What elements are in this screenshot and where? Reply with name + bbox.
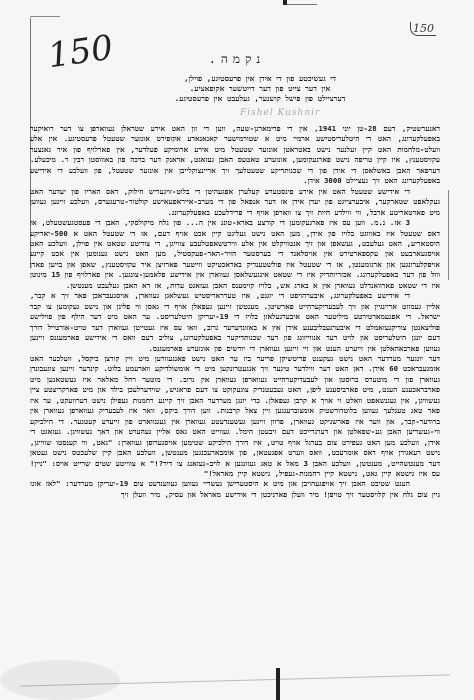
faded-signature: Fishel Kushnir — [240, 108, 320, 118]
punch-mark — [276, 668, 280, 700]
circled-page-number: 150 — [410, 22, 436, 36]
margin-frame-right — [448, 190, 449, 280]
margin-frame-top — [30, 16, 60, 17]
scan-smudge — [0, 660, 120, 700]
subtitle-line: אין דער צייט פון דער דייטשער אקופאציע. — [100, 84, 420, 94]
document-subtitle: די געשיכטע פון די אידן אין פרעסטיגע, פוי… — [100, 74, 420, 104]
paragraph: די אידישע באפעלקערונג, איבערהויפט די יוג… — [30, 291, 440, 354]
paragraph: דאנערשטיק, דעם 28-טן יוני 1941, אין די פ… — [30, 124, 440, 187]
subtitle-line: די געשיכטע פון די אידן אין פרעסטיגע, פוי… — [100, 74, 420, 84]
paragraph: דער יונגער מערדער האט נישט געקענט פריטשי… — [30, 354, 440, 479]
paragraph: די אידישע שטעטל האט אין אירע פינסטערע קע… — [30, 187, 440, 218]
subtitle-line: דערציילט פון פישל קושנער, געלעבט אין פרע… — [100, 94, 420, 104]
document-page: 150 150 נקמה. די געשיכטע פון די אידן אין… — [0, 0, 474, 700]
scan-edge-line — [287, 4, 317, 5]
paragraph: 3 אז. נ.מ. ווען עס איז פארגעקומען די קור… — [30, 218, 440, 291]
document-body: דאנערשטיק, דעם 28-טן יוני 1941, אין די פ… — [30, 124, 440, 500]
paragraph: הענט שטיבט האבן זיך אויפגעהויבן און מיט … — [30, 479, 440, 500]
document-title: נקמה. — [0, 52, 474, 67]
